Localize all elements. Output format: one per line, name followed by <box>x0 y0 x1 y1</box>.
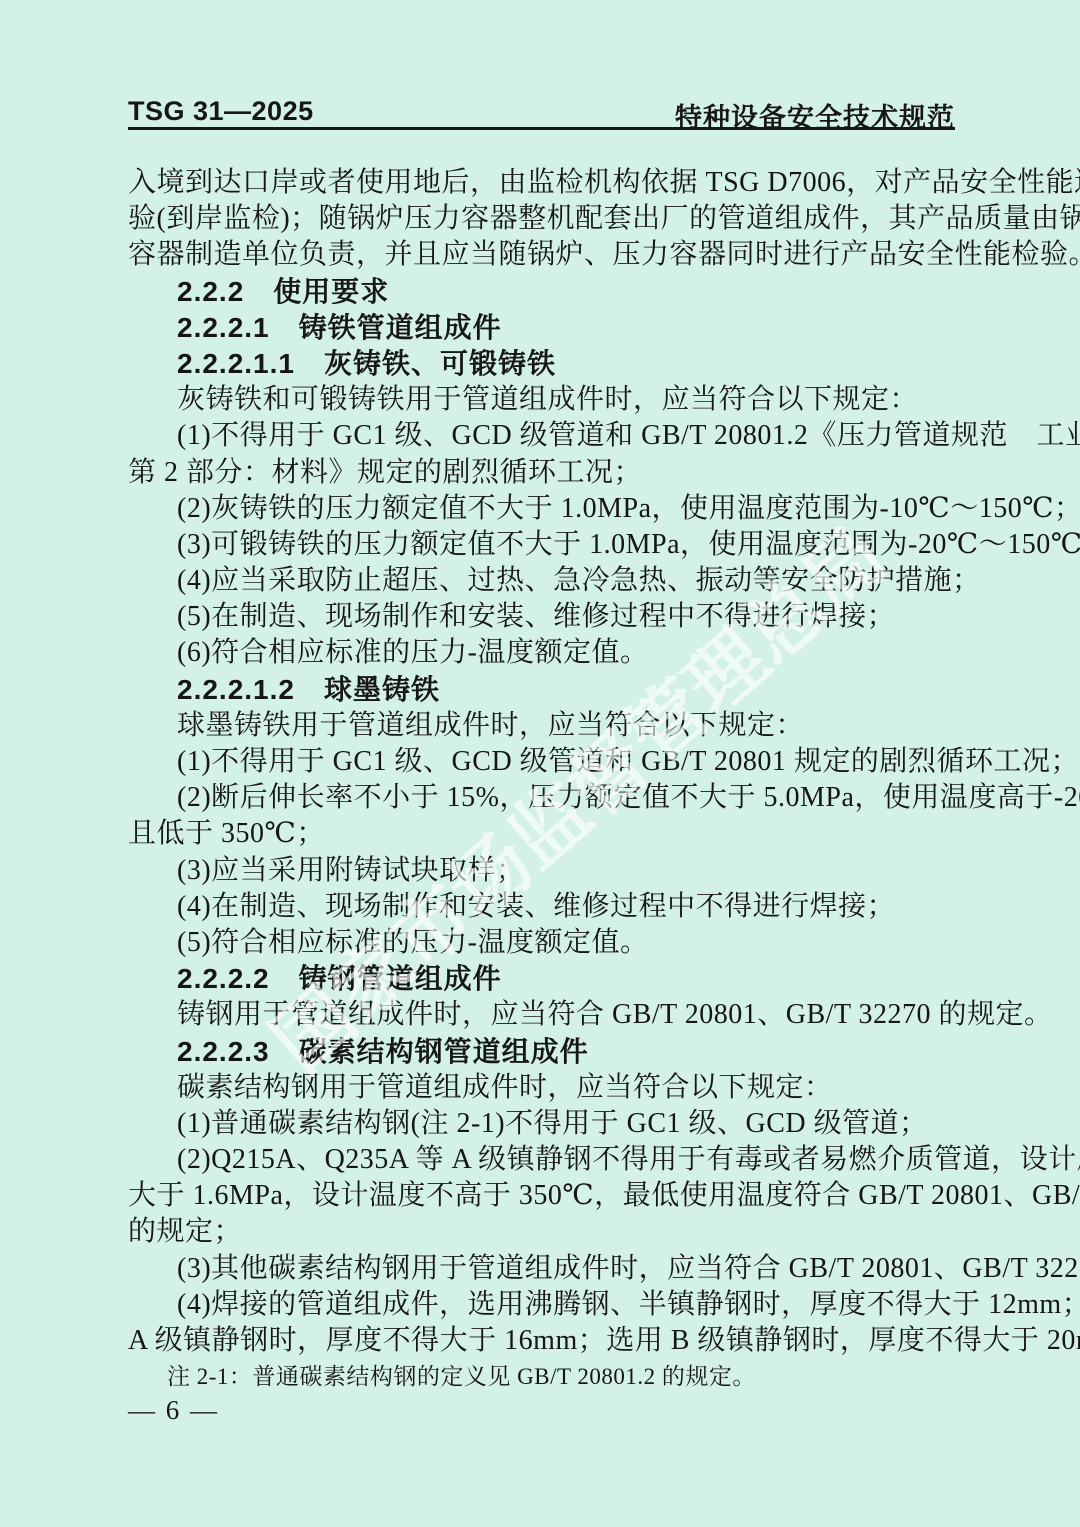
body-text-line: 容器制造单位负责，并且应当随锅炉、压力容器同时进行产品安全性能检验。 <box>128 237 960 273</box>
body-text-line: 大于 1.6MPa，设计温度不高于 350℃，最低使用温度符合 GB/T 208… <box>128 1178 960 1214</box>
body-text-line: 铸钢用于管道组成件时，应当符合 GB/T 20801、GB/T 32270 的规… <box>128 997 960 1033</box>
body-text-line: (1)普通碳素结构钢(注 2-1)不得用于 GC1 级、GCD 级管道； <box>128 1106 960 1142</box>
body-text-line: 灰铸铁和可锻铸铁用于管道组成件时，应当符合以下规定： <box>128 382 960 418</box>
body-text-line: (1)不得用于 GC1 级、GCD 级管道和 GB/T 20801.2《压力管道… <box>128 418 960 454</box>
body-text-line: 的规定； <box>128 1214 960 1250</box>
page-number: — 6 — <box>128 1395 219 1426</box>
body-text-line: (4)应当采取防止超压、过热、急冷急热、振动等安全防护措施； <box>128 563 960 599</box>
body-text-line: A 级镇静钢时，厚度不得大于 16mm；选用 B 级镇静钢时，厚度不得大于 20… <box>128 1323 960 1359</box>
body-text-line: 球墨铸铁用于管道组成件时，应当符合以下规定： <box>128 708 960 744</box>
body-text-line: 碳素结构钢用于管道组成件时，应当符合以下规定： <box>128 1070 960 1106</box>
header-document-code: TSG 31—2025 <box>128 96 314 127</box>
body-text-line: (4)在制造、现场制作和安装、维修过程中不得进行焊接； <box>128 889 960 925</box>
body-text-line: 且低于 350℃； <box>128 816 960 852</box>
section-heading: 2.2.2 使用要求 <box>128 274 960 310</box>
body-text-line: 第 2 部分：材料》规定的剧烈循环工况； <box>128 455 960 491</box>
body-text-line: 入境到达口岸或者使用地后，由监检机构依据 TSG D7006，对产品安全性能进行… <box>128 165 960 201</box>
body-text-line: (3)应当采用附铸试块取样； <box>128 853 960 889</box>
page: TSG 31—2025 特种设备安全技术规范 入境到达口岸或者使用地后，由监检机… <box>0 0 1080 1527</box>
body-text-line: (5)符合相应标准的压力-温度额定值。 <box>128 925 960 961</box>
footnote-line: 注 2-1：普通碳素结构钢的定义见 GB/T 20801.2 的规定。 <box>128 1359 960 1395</box>
body-text-line: (5)在制造、现场制作和安装、维修过程中不得进行焊接； <box>128 599 960 635</box>
section-heading: 2.2.2.1 铸铁管道组成件 <box>128 310 960 346</box>
document-body: 入境到达口岸或者使用地后，由监检机构依据 TSG D7006，对产品安全性能进行… <box>128 165 960 1395</box>
body-text-line: (1)不得用于 GC1 级、GCD 级管道和 GB/T 20801 规定的剧烈循… <box>128 744 960 780</box>
body-text-line: (2)灰铸铁的压力额定值不大于 1.0MPa，使用温度范围为-10℃～150℃； <box>128 491 960 527</box>
body-text-line: (3)其他碳素结构钢用于管道组成件时，应当符合 GB/T 20801、GB/T … <box>128 1251 960 1287</box>
body-text-line: (3)可锻铸铁的压力额定值不大于 1.0MPa，使用温度范围为-20℃～150℃… <box>128 527 960 563</box>
body-text-line: 验(到岸监检)；随锅炉压力容器整机配套出厂的管道组成件，其产品质量由锅炉压力 <box>128 201 960 237</box>
section-heading: 2.2.2.2 铸钢管道组成件 <box>128 961 960 997</box>
section-heading: 2.2.2.1.2 球墨铸铁 <box>128 672 960 708</box>
section-heading: 2.2.2.1.1 灰铸铁、可锻铸铁 <box>128 346 960 382</box>
header-rule <box>128 127 955 130</box>
body-text-line: (2)断后伸长率不小于 15%，压力额定值不大于 5.0MPa，使用温度高于-2… <box>128 780 960 816</box>
section-heading: 2.2.2.3 碳素结构钢管道组成件 <box>128 1034 960 1070</box>
body-text-line: (6)符合相应标准的压力-温度额定值。 <box>128 635 960 671</box>
body-text-line: (4)焊接的管道组成件，选用沸腾钢、半镇静钢时，厚度不得大于 12mm；选用 <box>128 1287 960 1323</box>
body-text-line: (2)Q215A、Q235A 等 A 级镇静钢不得用于有毒或者易燃介质管道，设计… <box>128 1142 960 1178</box>
